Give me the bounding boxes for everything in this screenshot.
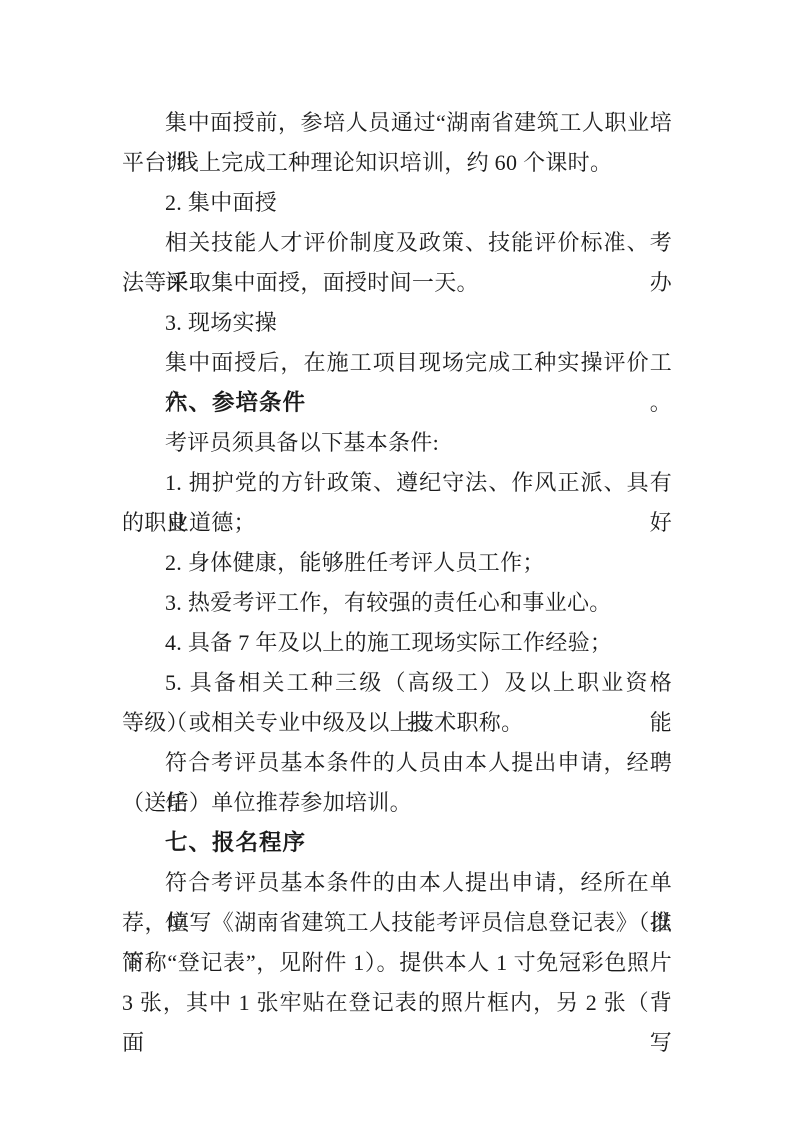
document-page: 集中面授前，参培人员通过“湖南省建筑工人职业培训平台”线上完成工种理论知识培训，… [0, 0, 793, 1122]
text-line: 平台”线上完成工种理论知识培训，约 60 个课时。 [122, 143, 672, 183]
text-lines: 集中面授前，参培人员通过“湖南省建筑工人职业培训平台”线上完成工种理论知识培训，… [122, 103, 672, 1023]
text-line: 荐，填写《湖南省建筑工人技能考评员信息登记表》（以下 [122, 903, 672, 943]
text-line: 2. 集中面授 [122, 183, 672, 223]
text-line: 2. 身体健康，能够胜任考评人员工作； [122, 543, 672, 583]
text-line: 相关技能人才评价制度及政策、技能评价标准、考评办 [122, 223, 672, 263]
text-line: 3 张，其中 1 张牢贴在登记表的照片框内，另 2 张（背面写 [122, 983, 672, 1023]
text-line: 集中面授后，在施工项目现场完成工种实操评价工作。 [122, 343, 672, 383]
text-line: 符合考评员基本条件的由本人提出申请，经所在单位推 [122, 863, 672, 903]
text-line: 4. 具备 7 年及以上的施工现场实际工作经验； [122, 623, 672, 663]
text-line: 3. 现场实操 [122, 303, 672, 343]
text-line: 简称“登记表”，见附件 1）。提供本人 1 寸免冠彩色照片 [122, 943, 672, 983]
text-line: 考评员须具备以下基本条件: [122, 423, 672, 463]
text-line: 集中面授前，参培人员通过“湖南省建筑工人职业培训 [122, 103, 672, 143]
text-line: 符合考评员基本条件的人员由本人提出申请，经聘任 [122, 743, 672, 783]
text-line: 5. 具备相关工种三级（高级工）及以上职业资格（技能 [122, 663, 672, 703]
text-line: 3. 热爱考评工作，有较强的责任心和事业心。 [122, 583, 672, 623]
section-heading: 七、报名程序 [122, 823, 672, 863]
text-line: （送培）单位推荐参加培训。 [122, 783, 672, 823]
text-line: 1. 拥护党的方针政策、遵纪守法、作风正派、具有良好 [122, 463, 672, 503]
